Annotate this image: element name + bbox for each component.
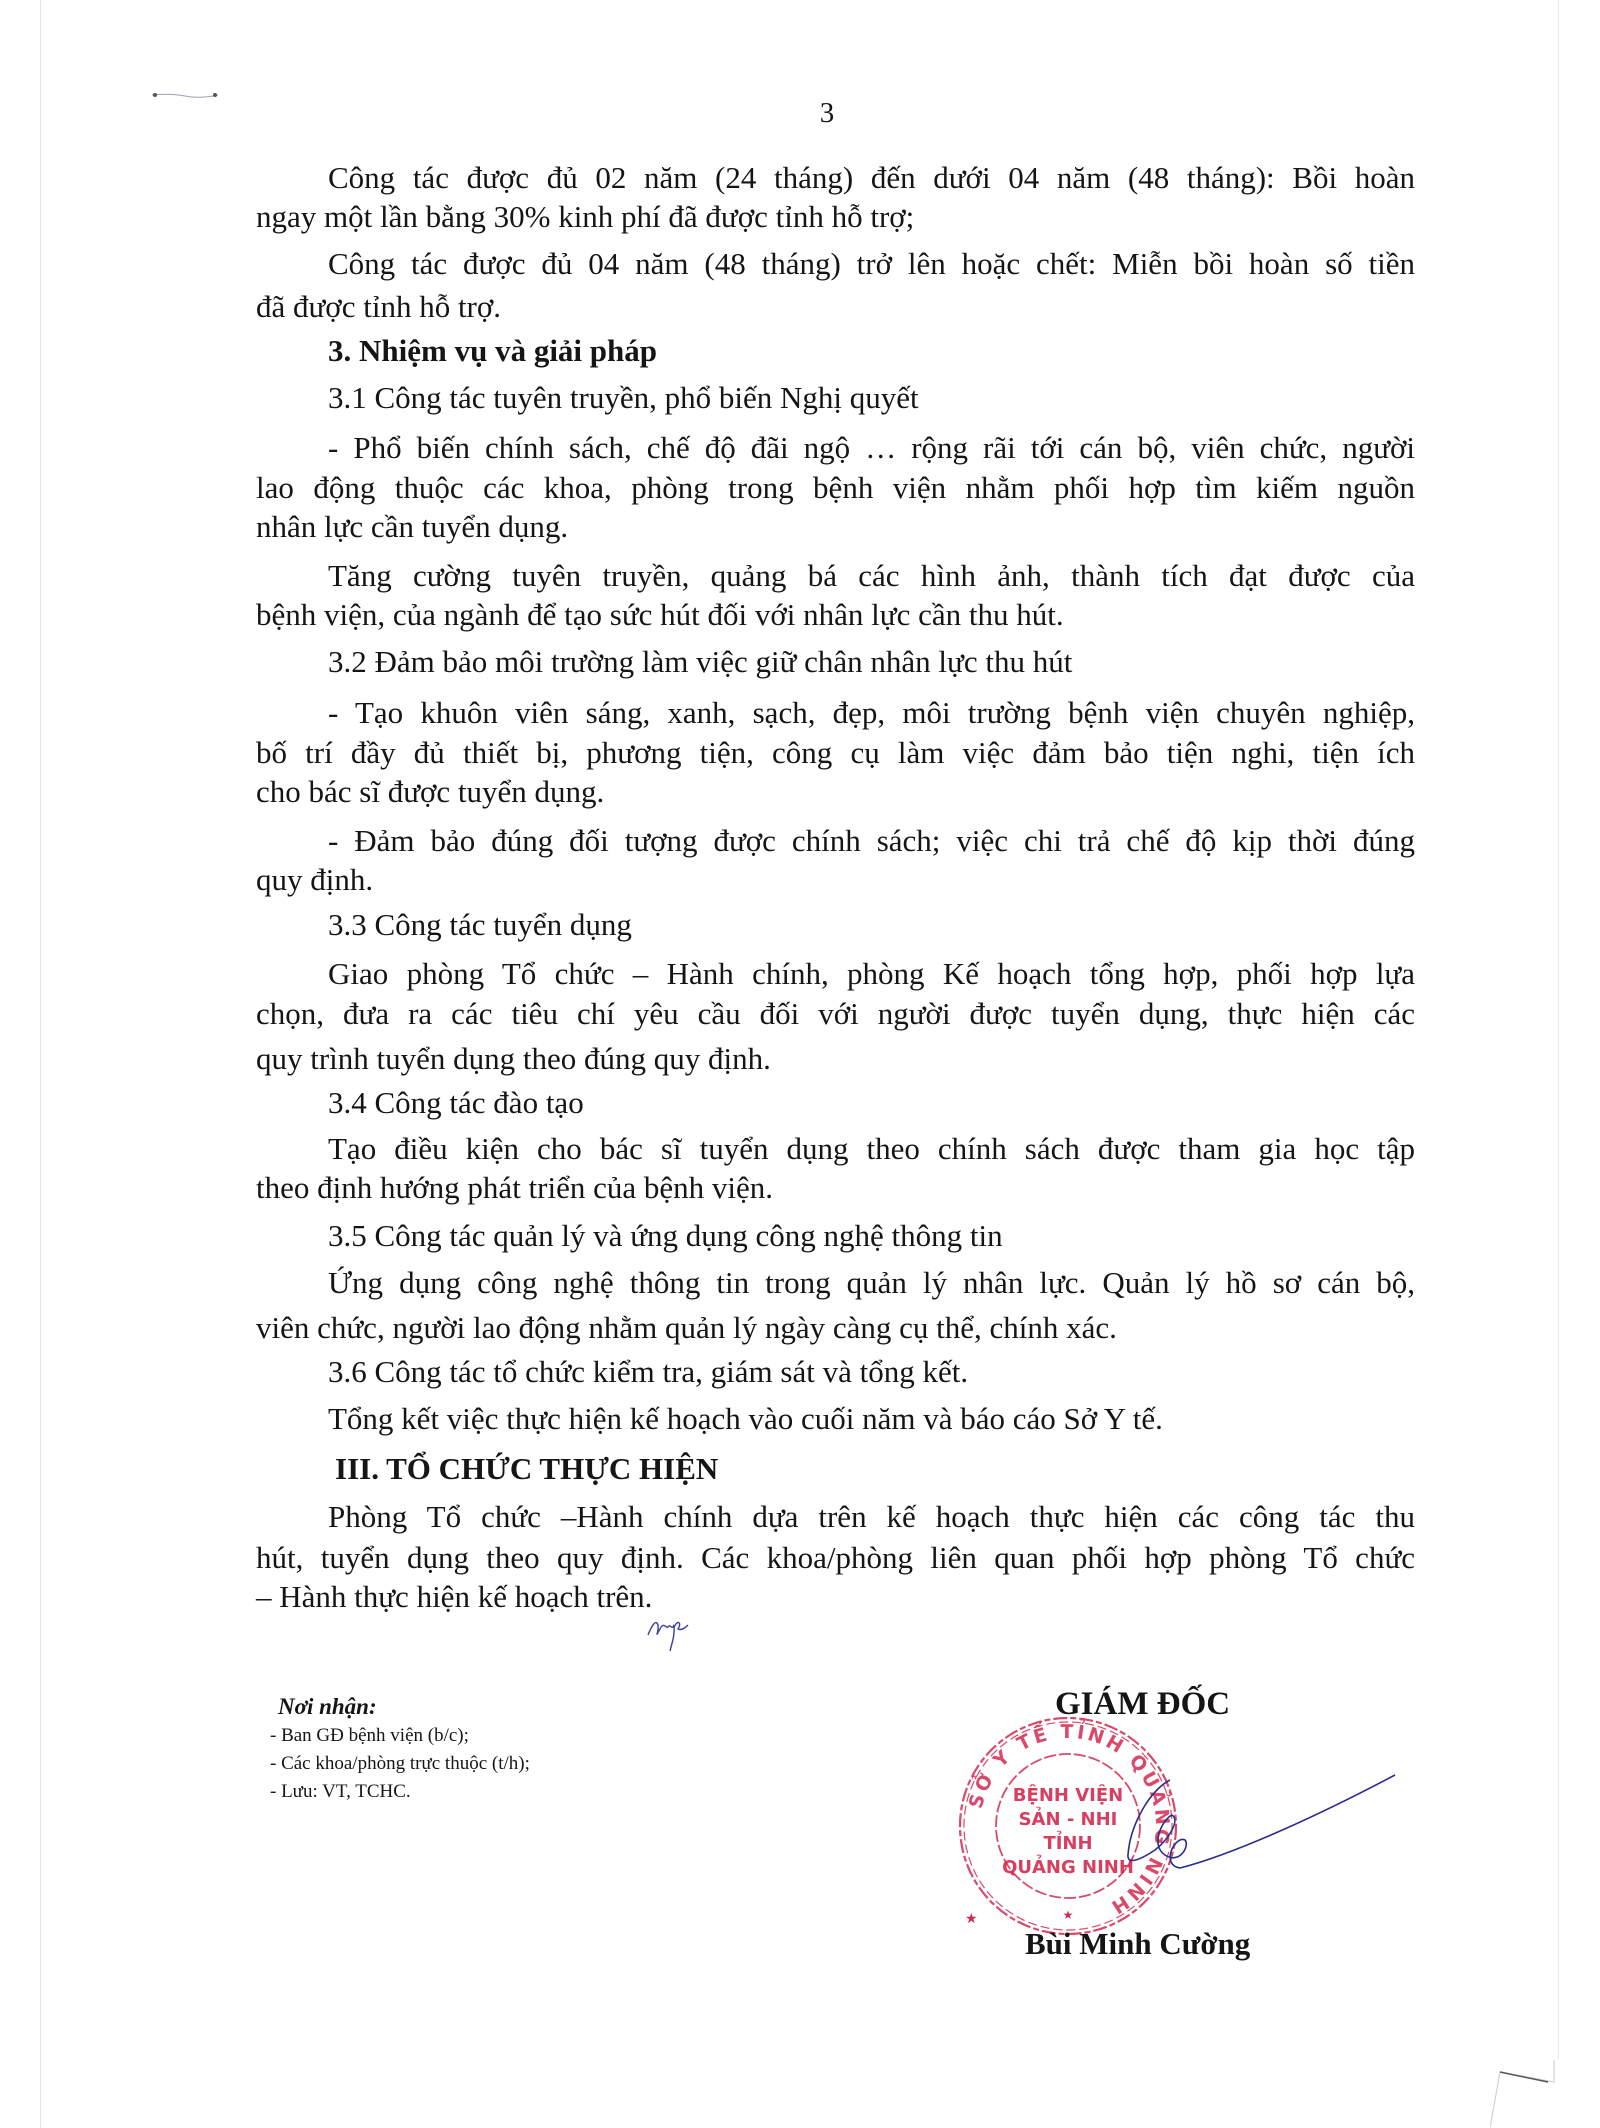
body-text-line: Công tác được đủ 04 năm (48 tháng) trở l… xyxy=(328,246,1415,282)
body-text-line: ngay một lần bằng 30% kinh phí đã được t… xyxy=(256,199,1415,235)
scan-page-edge-left xyxy=(40,0,41,2128)
svg-text:TỈNH: TỈNH xyxy=(1043,1831,1092,1854)
body-text-line: quy trình tuyển dụng theo đúng quy định. xyxy=(256,1041,1415,1077)
body-text-line: đã được tỉnh hỗ trợ. xyxy=(256,289,1415,325)
section-heading: III. TỔ CHỨC THỰC HIỆN xyxy=(335,1451,1494,1487)
body-text-line: 3.5 Công tác quản lý và ứng dụng công ng… xyxy=(328,1218,1415,1254)
signatory-title: GIÁM ĐỐC xyxy=(1055,1686,1230,1723)
body-text-line: Tạo điều kiện cho bác sĩ tuyển dụng theo… xyxy=(328,1131,1415,1167)
body-text-line: 3.6 Công tác tổ chức kiểm tra, giám sát … xyxy=(328,1354,1415,1390)
page-corner-fold xyxy=(1490,2060,1600,2128)
body-text-line: chọn, đưa ra các tiêu chí yêu cầu đối vớ… xyxy=(256,996,1415,1032)
body-text-line: bố trí đầy đủ thiết bị, phương tiện, côn… xyxy=(256,735,1415,771)
body-text-line: 3.4 Công tác đào tạo xyxy=(328,1085,1415,1121)
body-text-line: Công tác được đủ 02 năm (24 tháng) đến d… xyxy=(328,160,1415,196)
body-text-line: lao động thuộc các khoa, phòng trong bện… xyxy=(256,470,1415,506)
body-text-line: Giao phòng Tổ chức – Hành chính, phòng K… xyxy=(328,956,1415,992)
body-text-line: quy định. xyxy=(256,862,1415,898)
svg-text:★: ★ xyxy=(1063,1908,1074,1922)
recipient-item: - Lưu: VT, TCHC. xyxy=(270,1778,530,1806)
body-text-line: 3.1 Công tác tuyên truyền, phổ biến Nghị… xyxy=(328,380,1415,416)
handwritten-signature-icon xyxy=(1110,1770,1400,1900)
body-text-line: Tăng cường tuyên truyền, quảng bá các hì… xyxy=(328,558,1415,594)
recipient-item: - Các khoa/phòng trực thuộc (t/h); xyxy=(270,1750,530,1778)
body-text-line: hút, tuyển dụng theo quy định. Các khoa/… xyxy=(256,1540,1415,1576)
recipients-title: Nơi nhận: xyxy=(278,1692,530,1722)
body-text-line: 3.3 Công tác tuyển dụng xyxy=(328,907,1415,943)
section-heading: 3. Nhiệm vụ và giải pháp xyxy=(328,333,1487,369)
body-text-line: 3.2 Đảm bảo môi trường làm việc giữ chân… xyxy=(328,644,1415,680)
body-text-line: bệnh viện, của ngành để tạo sức hút đối … xyxy=(256,597,1415,633)
body-text-line: - Tạo khuôn viên sáng, xanh, sạch, đẹp, … xyxy=(328,695,1415,731)
svg-text:★: ★ xyxy=(965,1911,978,1927)
handwritten-initials-icon xyxy=(644,1605,690,1653)
svg-text:SẢN - NHI: SẢN - NHI xyxy=(1019,1807,1118,1830)
body-text-line: viên chức, người lao động nhằm quản lý n… xyxy=(256,1310,1415,1346)
page-number: 3 xyxy=(0,96,1600,130)
signatory-name: Bùi Minh Cường xyxy=(1025,1926,1250,1962)
svg-text:BỆNH VIỆN: BỆNH VIỆN xyxy=(1013,1784,1123,1806)
body-text-line: theo định hướng phát triển của bệnh viện… xyxy=(256,1170,1415,1206)
body-text-line: - Phổ biến chính sách, chế độ đãi ngộ … … xyxy=(328,430,1415,466)
recipients-block: Nơi nhận: - Ban GĐ bệnh viện (b/c); - Cá… xyxy=(270,1692,530,1806)
body-text-line: Ứng dụng công nghệ thông tin trong quản … xyxy=(328,1265,1415,1301)
body-text-line: - Đảm bảo đúng đối tượng được chính sách… xyxy=(328,823,1415,859)
body-text-line: – Hành thực hiện kế hoạch trên. xyxy=(256,1579,1415,1615)
body-text-line: nhân lực cần tuyển dụng. xyxy=(256,509,1415,545)
recipient-item: - Ban GĐ bệnh viện (b/c); xyxy=(270,1722,530,1750)
scan-page-edge-right xyxy=(1558,0,1559,2060)
body-text-line: cho bác sĩ được tuyển dụng. xyxy=(256,774,1415,810)
body-text-line: Tổng kết việc thực hiện kế hoạch vào cuố… xyxy=(328,1401,1415,1437)
body-text-line: Phòng Tổ chức –Hành chính dựa trên kế ho… xyxy=(328,1499,1415,1535)
